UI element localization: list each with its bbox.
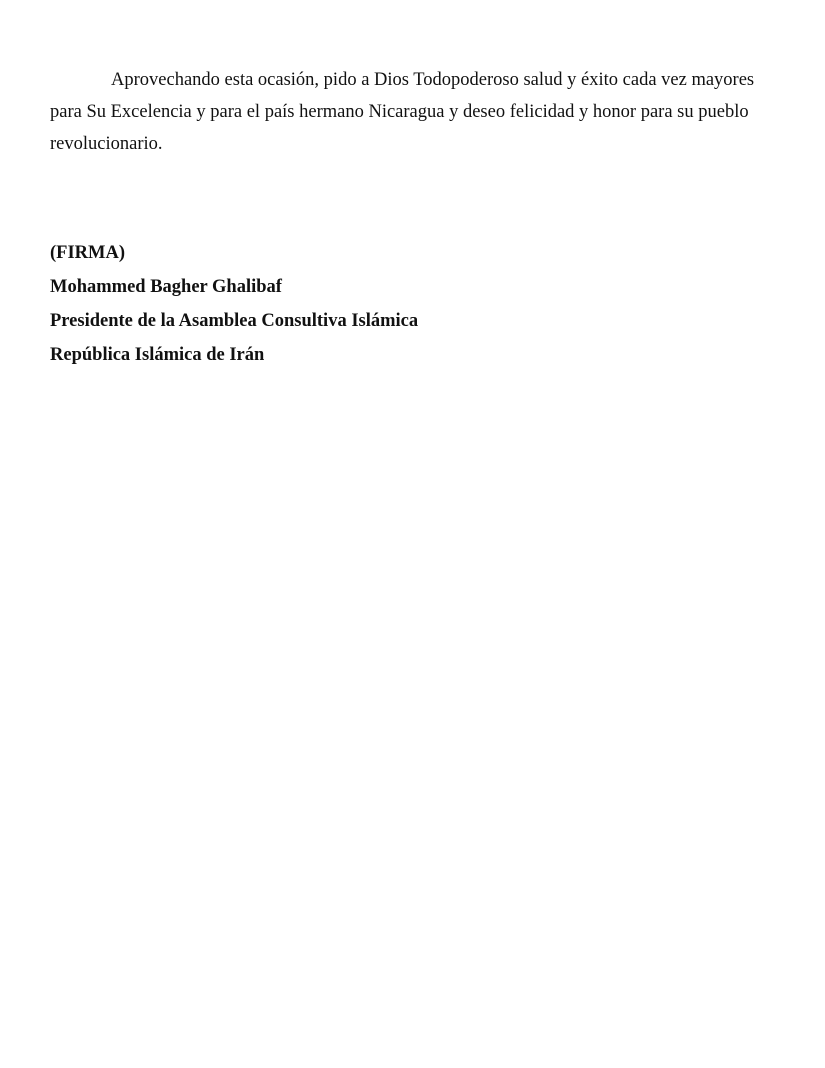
signatory-country: República Islámica de Irán — [50, 338, 418, 372]
signature-block: (FIRMA) Mohammed Bagher Ghalibaf Preside… — [50, 236, 418, 372]
closing-paragraph: Aprovechando esta ocasión, pido a Dios T… — [50, 64, 800, 160]
paragraph-line: revolucionario. — [50, 128, 800, 160]
signatory-title: Presidente de la Asamblea Consultiva Isl… — [50, 304, 418, 338]
paragraph-line: para Su Excelencia y para el país herman… — [50, 96, 800, 128]
signatory-name: Mohammed Bagher Ghalibaf — [50, 270, 418, 304]
paragraph-line: Aprovechando esta ocasión, pido a Dios T… — [50, 64, 800, 96]
signature-mark: (FIRMA) — [50, 236, 418, 270]
